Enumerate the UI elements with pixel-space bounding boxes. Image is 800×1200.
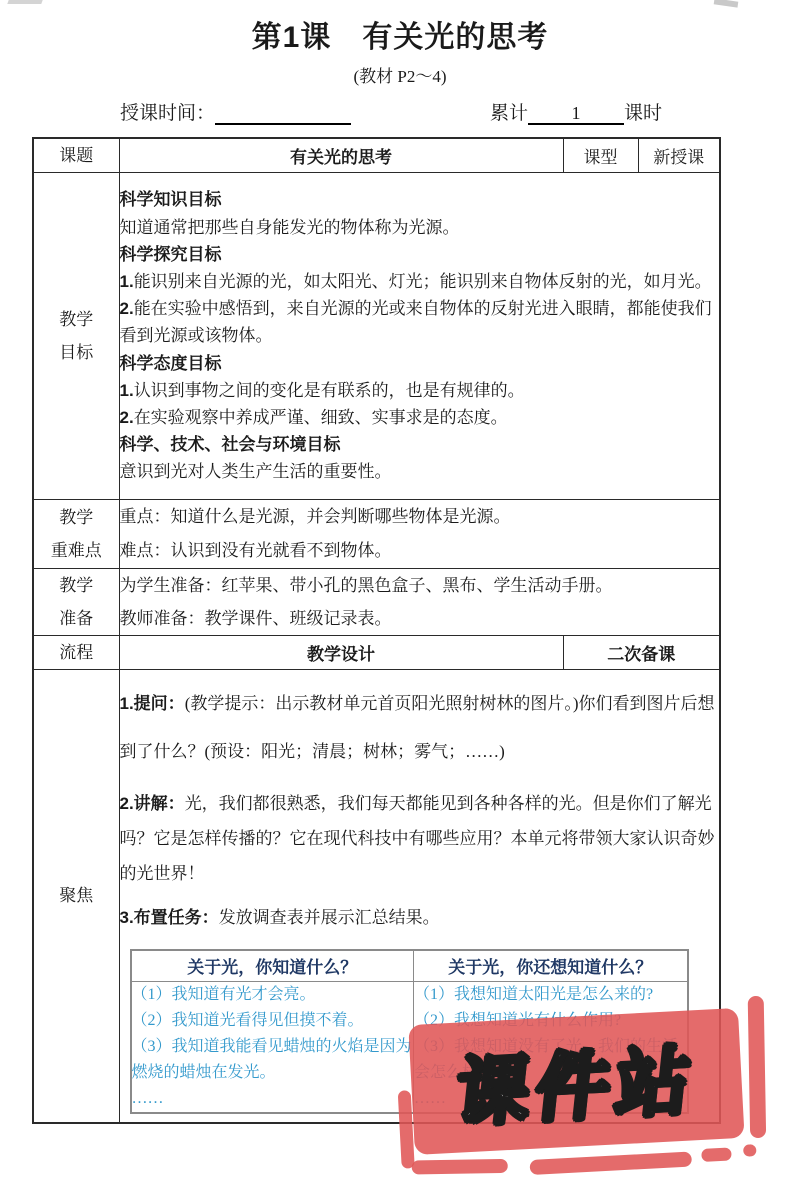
total-hours-group: 累计1课时 — [490, 98, 662, 125]
stamp-frame-bottom-stroke-1 — [412, 1159, 508, 1175]
inquiry-item-2: 2.能在实验中感悟到，来自光源的光或来自物体的反射光进入眼睛，都能使我们看到光源… — [120, 295, 720, 349]
page-subtitle: (教材 P2～4) — [0, 62, 800, 87]
wonder-item-3: （3）我想知道没有了光，我们的生活会怎么样? — [414, 1034, 687, 1086]
preparation-row: 教学 准备 为学生准备：红苹果、带小孔的黑色盒子、黑布、学生活动手册。 教师准备… — [33, 569, 720, 636]
focus-task-text: 发放调查表并展示汇总结果。 — [219, 908, 440, 927]
preparation-students: 为学生准备：红苹果、带小孔的黑色盒子、黑布、学生活动手册。 — [120, 569, 720, 602]
teach-time-label: 授课时间： — [120, 103, 215, 124]
total-unit: 课时 — [624, 103, 662, 124]
attitude-heading: 科学态度目标 — [120, 350, 720, 377]
key-points-label: 教学 重难点 — [33, 500, 119, 569]
total-label: 累计 — [490, 103, 528, 124]
lesson-type-value: 新授课 — [638, 138, 720, 173]
inquiry-item-2-num: 2. — [120, 299, 134, 318]
topic-value: 有关光的思考 — [119, 138, 563, 173]
inquiry-item-1-text: 能识别来自光源的光，如太阳光、灯光；能识别来自物体反射的光，如月光。 — [134, 272, 712, 291]
attitude-item-2: 2.在实验观察中养成严谨、细致、实事求是的态度。 — [120, 404, 720, 431]
key-point-label: 重点： — [120, 507, 171, 526]
focus-row: 聚焦 1.提问：(教学提示：出示教材单元首页阳光照射树林的图片。)你们看到图片后… — [33, 670, 720, 1123]
preparation-label: 教学 准备 — [33, 569, 119, 636]
flow-label: 流程 — [33, 636, 119, 670]
known-item-2: （2）我知道光看得见但摸不着。 — [132, 1008, 414, 1034]
lesson-plan-table: 课题 有关光的思考 课型 新授课 教学 目标 科学知识目标 知道通常把那些自身能… — [32, 137, 721, 1124]
focus-explain-lead: 2.讲解： — [120, 794, 185, 813]
topic-row: 课题 有关光的思考 课型 新授课 — [33, 138, 720, 173]
preparation-teacher: 教师准备：教学课件、班级记录表。 — [120, 602, 720, 635]
topic-label: 课题 — [33, 138, 119, 173]
stamp-frame-bottom-stroke-2 — [529, 1152, 692, 1175]
inquiry-heading: 科学探究目标 — [120, 241, 720, 268]
focus-question-text: (教学提示：出示教材单元首页阳光照射树林的图片。)你们看到图片后想到了什么？(预… — [120, 694, 715, 761]
objectives-row: 教学 目标 科学知识目标 知道通常把那些自身能发光的物体称为光源。 科学探究目标… — [33, 173, 720, 500]
stamp-frame-bottom-stroke-3 — [701, 1147, 732, 1162]
survey-header-wonder: 关于光，你还想知道什么？ — [414, 950, 688, 982]
teach-time-group: 授课时间： — [120, 98, 351, 125]
focus-content: 1.提问：(教学提示：出示教材单元首页阳光照射树林的图片。)你们看到图片后想到了… — [119, 670, 720, 1123]
key-points-content: 重点：知道什么是光源，并会判断哪些物体是光源。 难点：认识到没有光就看不到物体。 — [119, 500, 720, 569]
inquiry-item-1: 1.能识别来自光源的光，如太阳光、灯光；能识别来自物体反射的光，如月光。 — [120, 268, 720, 295]
known-item-1: （1）我知道有光才会亮。 — [132, 982, 414, 1008]
survey-body-row: （1）我知道有光才会亮。 （2）我知道光看得见但摸不着。 （3）我知道我能看见蜡… — [131, 981, 688, 1113]
objectives-label: 教学 目标 — [33, 173, 119, 500]
attitude-item-2-num: 2. — [120, 408, 134, 427]
focus-task: 3.布置任务：发放调查表并展示汇总结果。 — [120, 903, 720, 933]
attitude-item-1-text: 认识到事物之间的变化是有联系的，也是有规律的。 — [134, 381, 525, 400]
focus-label: 聚焦 — [33, 670, 119, 1123]
survey-header-known: 关于光，你知道什么？ — [131, 950, 414, 982]
meta-line: 授课时间： 累计1课时 — [0, 98, 800, 124]
light-survey-table: 关于光，你知道什么？ 关于光，你还想知道什么？ （1）我知道有光才会亮。 （2）… — [130, 949, 689, 1114]
survey-header-row: 关于光，你知道什么？ 关于光，你还想知道什么？ — [131, 950, 688, 982]
wonder-item-2: （2）我想知道光有什么作用? — [414, 1008, 687, 1034]
inquiry-item-2-text: 能在实验中感悟到，来自光源的光或来自物体的反射光进入眼睛，都能使我们看到光源或该… — [120, 299, 712, 345]
stse-heading: 科学、技术、社会与环境目标 — [120, 431, 720, 458]
survey-wonder-cell: （1）我想知道太阳光是怎么来的? （2）我想知道光有什么作用? （3）我想知道没… — [414, 981, 688, 1113]
survey-known-cell: （1）我知道有光才会亮。 （2）我知道光看得见但摸不着。 （3）我知道我能看见蜡… — [131, 981, 414, 1113]
stamp-frame-right-stroke — [748, 996, 766, 1138]
flow-header-row: 流程 教学设计 二次备课 — [33, 636, 720, 670]
design-header: 教学设计 — [119, 636, 563, 670]
secondary-prep-header: 二次备课 — [563, 636, 720, 670]
page-corner-mark-left — [7, 0, 42, 4]
key-points-label-line1: 教学 — [34, 501, 119, 534]
total-hours-value: 1 — [528, 103, 624, 125]
attitude-item-2-text: 在实验观察中养成严谨、细致、实事求是的态度。 — [134, 408, 508, 427]
preparation-label-line2: 准备 — [34, 602, 119, 635]
stse-text: 意识到光对人类生产生活的重要性。 — [120, 458, 720, 485]
inquiry-item-1-num: 1. — [120, 272, 134, 291]
stamp-frame-bottom-dot — [743, 1144, 757, 1157]
wonder-item-1: （1）我想知道太阳光是怎么来的? — [414, 982, 687, 1008]
key-point-text: 知道什么是光源，并会判断哪些物体是光源。 — [171, 507, 511, 526]
objectives-label-line1: 教学 — [34, 303, 119, 336]
lesson-plan-page: 第1课 有关光的思考 (教材 P2～4) 授课时间： 累计1课时 课题 有关光的… — [0, 0, 800, 1200]
page-corner-mark-right — [714, 0, 739, 8]
page-title: 第1课 有关光的思考 — [0, 12, 800, 56]
focus-explain-text: 光，我们都很熟悉，我们每天都能见到各种各样的光。但是你们了解光吗？它是怎样传播的… — [120, 794, 715, 883]
focus-explain: 2.讲解：光，我们都很熟悉，我们每天都能见到各种各样的光。但是你们了解光吗？它是… — [120, 786, 720, 891]
knowledge-text: 知道通常把那些自身能发光的物体称为光源。 — [120, 214, 720, 241]
objectives-content: 科学知识目标 知道通常把那些自身能发光的物体称为光源。 科学探究目标 1.能识别… — [119, 173, 720, 500]
attitude-item-1-num: 1. — [120, 381, 134, 400]
key-points-row: 教学 重难点 重点：知道什么是光源，并会判断哪些物体是光源。 难点：认识到没有光… — [33, 500, 720, 569]
difficult-point: 难点：认识到没有光就看不到物体。 — [120, 534, 720, 568]
attitude-item-1: 1.认识到事物之间的变化是有联系的，也是有规律的。 — [120, 377, 720, 404]
preparation-label-line1: 教学 — [34, 569, 119, 602]
lesson-type-label: 课型 — [563, 138, 638, 173]
focus-task-lead: 3.布置任务： — [120, 908, 219, 927]
key-point: 重点：知道什么是光源，并会判断哪些物体是光源。 — [120, 500, 720, 534]
knowledge-heading: 科学知识目标 — [120, 186, 720, 213]
difficult-point-text: 认识到没有光就看不到物体。 — [171, 541, 392, 560]
focus-question: 1.提问：(教学提示：出示教材单元首页阳光照射树林的图片。)你们看到图片后想到了… — [120, 680, 720, 776]
difficult-point-label: 难点： — [120, 541, 171, 560]
known-item-ellipsis: …… — [132, 1086, 414, 1112]
focus-question-lead: 1.提问： — [120, 694, 185, 713]
preparation-content: 为学生准备：红苹果、带小孔的黑色盒子、黑布、学生活动手册。 教师准备：教学课件、… — [119, 569, 720, 636]
known-item-3: （3）我知道我能看见蜡烛的火焰是因为燃烧的蜡烛在发光。 — [132, 1034, 414, 1086]
key-points-label-line2: 重难点 — [34, 534, 119, 567]
teach-time-blank — [215, 103, 351, 125]
objectives-label-line2: 目标 — [34, 336, 119, 369]
wonder-item-ellipsis: …… — [414, 1086, 687, 1112]
